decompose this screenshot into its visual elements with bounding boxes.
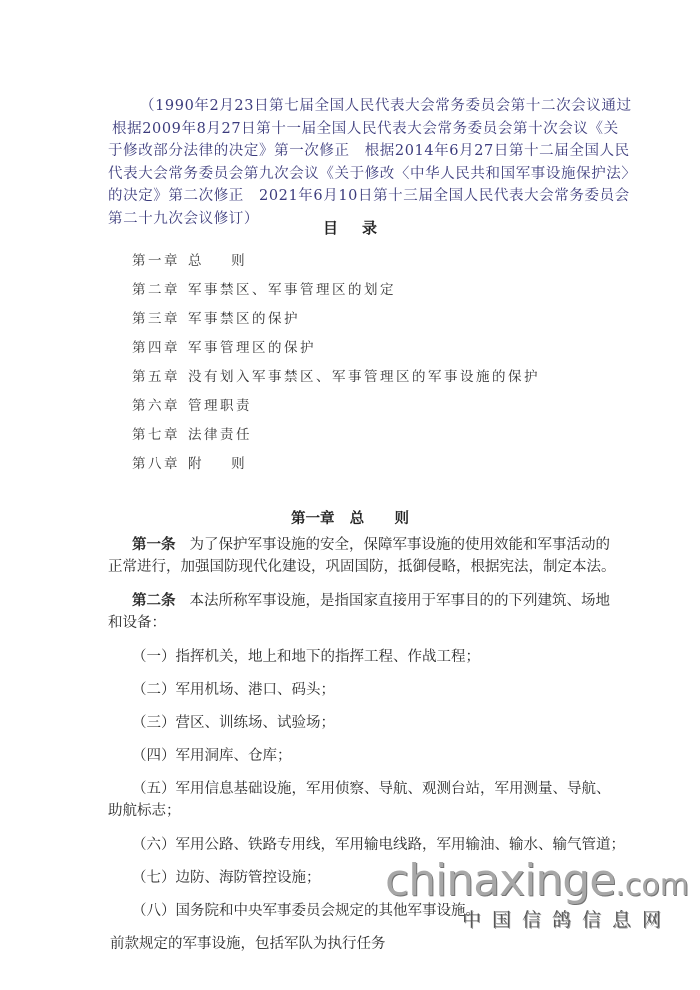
chapter-heading: 第一章 总 则 (0, 507, 700, 528)
toc-title: 目录 (0, 217, 700, 238)
watermark-tld: .com (615, 868, 689, 903)
table-of-contents: 第一章总 则 第二章军事禁区、军事管理区的划定 第三章军事禁区的保护 第四章军事… (132, 244, 540, 476)
toc-chapter: 第七章 (132, 423, 188, 443)
toc-chapter-title: 军事禁区、军事管理区的划定 (188, 278, 396, 298)
history-line: 代表大会常务委员会第九次会议《关于修改〈中华人民共和国军事设施保护法〉 (108, 163, 598, 186)
watermark-site: chinaxinge (385, 855, 615, 906)
toc-chapter-title: 总 则 (188, 249, 247, 269)
toc-chapter: 第三章 (132, 307, 188, 327)
article-text: 本法所称军事设施，是指国家直接用于军事目的的下列建筑、场地 (190, 593, 611, 609)
list-item-text: （五）军用信息基础设施，军用侦察、导航、观测台站，军用测量、导航、 (132, 781, 611, 797)
article-text: 正常进行，加强国防现代化建设，巩固国防，抵御侵略，根据宪法，制定本法。 (108, 556, 598, 578)
article-label: 第一条 (132, 537, 176, 553)
article-label: 第二条 (132, 593, 176, 609)
document-page: （1990年2月23日第七届全国人民代表大会常务委员会第十二次会议通过 根据20… (0, 0, 700, 990)
revision-history: （1990年2月23日第七届全国人民代表大会常务委员会第十二次会议通过 根据20… (108, 95, 598, 230)
list-item: （四）军用洞库、仓库； (108, 745, 598, 778)
history-line: 的决定》第二次修正 2021年6月10日第十三届全国人民代表大会常务委员会 (108, 185, 598, 208)
toc-chapter: 第四章 (132, 336, 188, 356)
list-item: （五）军用信息基础设施，军用侦察、导航、观测台站，军用测量、导航、 助航标志； (108, 778, 598, 822)
toc-chapter: 第一章 (132, 249, 188, 269)
toc-chapter: 第六章 (132, 394, 188, 414)
watermark-cn-text: 中国信鸽信息网 (462, 905, 672, 932)
toc-chapter-title: 军事管理区的保护 (188, 336, 316, 356)
article-text: 为了保护军事设施的安全，保障军事设施的使用效能和军事活动的 (190, 537, 611, 553)
article-text: 和设备： (108, 612, 598, 634)
toc-item: 第三章军事禁区的保护 (132, 302, 540, 331)
toc-item: 第四章军事管理区的保护 (132, 331, 540, 360)
article-1: 第一条为了保护军事设施的安全，保障军事设施的使用效能和军事活动的 正常进行，加强… (108, 534, 598, 578)
toc-item: 第七章法律责任 (132, 418, 540, 447)
toc-chapter-title: 附 则 (188, 452, 247, 472)
toc-chapter-title: 没有划入军事禁区、军事管理区的军事设施的保护 (188, 365, 540, 385)
list-item: （一）指挥机关，地上和地下的指挥工程、作战工程； (108, 646, 598, 679)
article-2: 第二条本法所称军事设施，是指国家直接用于军事目的的下列建筑、场地 和设备： (108, 590, 598, 634)
list-item: （二）军用机场、港口、码头； (108, 679, 598, 712)
toc-chapter: 第八章 (132, 452, 188, 472)
toc-chapter-title: 军事禁区的保护 (188, 307, 300, 327)
toc-item: 第一章总 则 (132, 244, 540, 273)
history-line: 于修改部分法律的决定》第一次修正 根据2014年6月27日第十二届全国人民 (108, 140, 598, 163)
toc-item: 第八章附 则 (132, 447, 540, 476)
history-line: 根据2009年8月27日第十一届全国人民代表大会常务委员会第十次会议《关 (108, 118, 598, 141)
toc-chapter-title: 管理职责 (188, 394, 252, 414)
toc-chapter-title: 法律责任 (188, 423, 252, 443)
toc-item: 第五章没有划入军事禁区、军事管理区的军事设施的保护 (132, 360, 540, 389)
toc-item: 第六章管理职责 (132, 389, 540, 418)
watermark-logo: chinaxinge.com (385, 855, 689, 906)
history-line: （1990年2月23日第七届全国人民代表大会常务委员会第十二次会议通过 (108, 95, 598, 118)
toc-chapter: 第五章 (132, 365, 188, 385)
list-item: （三）营区、训练场、试验场； (108, 712, 598, 745)
paragraph-text: 前款规定的军事设施，包括军队为执行任务 (110, 933, 598, 955)
toc-item: 第二章军事禁区、军事管理区的划定 (132, 273, 540, 302)
list-item-text: 助航标志； (108, 800, 598, 822)
toc-chapter: 第二章 (132, 278, 188, 298)
